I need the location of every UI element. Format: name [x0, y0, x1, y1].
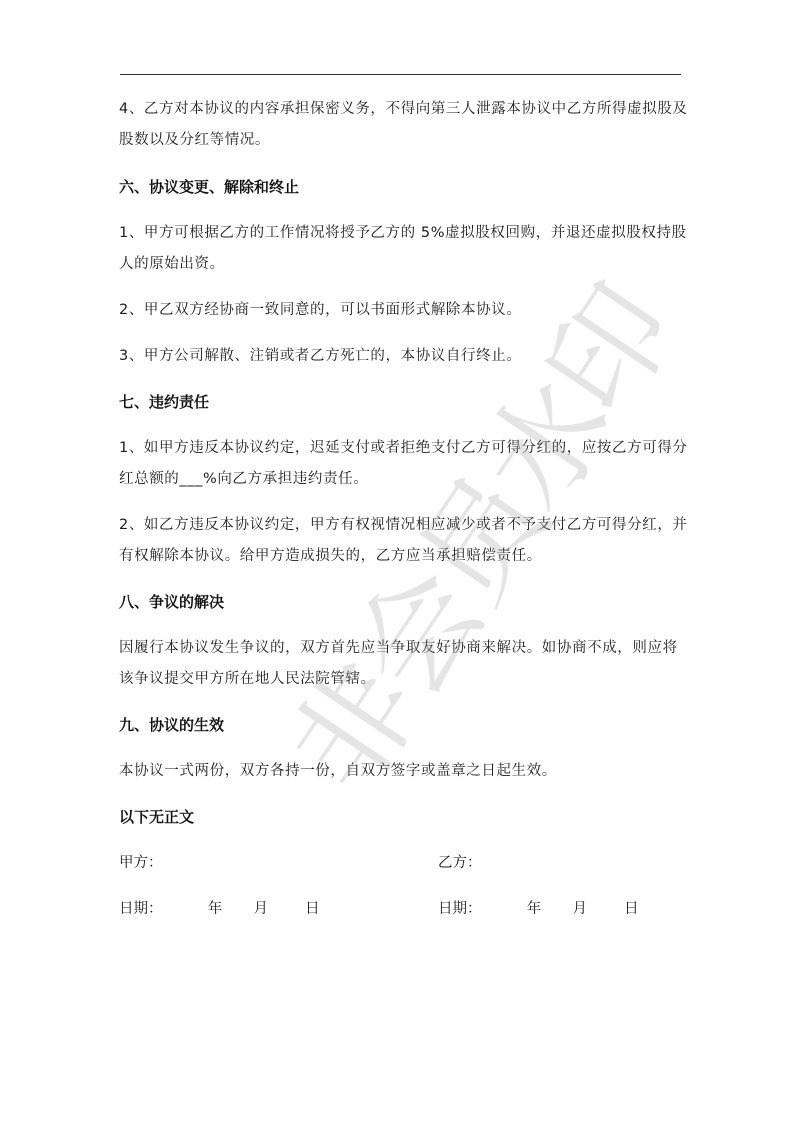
- section-6-item-2: 2、甲乙双方经协商一致同意的，可以书面形式解除本协议。: [119, 295, 689, 326]
- section-9-body: 本协议一式两份，双方各持一份，自双方签字或盖章之日起生效。: [119, 756, 689, 787]
- signature-date-row: 日期： 年 月 日 日期： 年 月 日: [119, 894, 689, 925]
- document-page: 4、乙方对本协议的内容承担保密义务，不得向第三人泄露本协议中乙方所得虚拟股及股数…: [119, 94, 689, 925]
- day-label: 日: [305, 894, 320, 925]
- end-note: 以下无正文: [119, 802, 689, 833]
- month-label: 月: [253, 894, 268, 925]
- day-label: 日: [624, 894, 639, 925]
- section-6-title: 六、协议变更、解除和终止: [119, 172, 689, 203]
- section-9-title: 九、协议的生效: [119, 710, 689, 741]
- header-rule: [120, 74, 681, 75]
- month-label: 月: [572, 894, 587, 925]
- party-a-date: 日期： 年 月 日: [119, 894, 320, 925]
- date-label: 日期：: [438, 894, 482, 925]
- section-7-title: 七、违约责任: [119, 387, 689, 418]
- section-7-item-2: 2、如乙方违反本协议约定，甲方有权视情况相应减少或者不予支付乙方可得分红，并有权…: [119, 510, 689, 572]
- section-6-item-1: 1、甲方可根据乙方的工作情况将授予乙方的 5%虚拟股权回购，并退还虚拟股权持股人…: [119, 218, 689, 280]
- section-6-item-3: 3、甲方公司解散、注销或者乙方死亡的，本协议自行终止。: [119, 341, 689, 372]
- party-b-date: 日期： 年 月 日: [438, 894, 639, 925]
- date-label: 日期：: [119, 894, 163, 925]
- confidentiality-clause: 4、乙方对本协议的内容承担保密义务，不得向第三人泄露本协议中乙方所得虚拟股及股数…: [119, 94, 689, 156]
- year-label: 年: [208, 894, 223, 925]
- party-b-label: 乙方：: [438, 848, 482, 879]
- party-a-label: 甲方：: [119, 848, 163, 879]
- section-7-item-1: 1、如甲方违反本协议约定，迟延支付或者拒绝支付乙方可得分红的，应按乙方可得分红总…: [119, 433, 689, 495]
- section-8-title: 八、争议的解决: [119, 587, 689, 618]
- year-label: 年: [527, 894, 542, 925]
- signature-party-row: 甲方： 乙方：: [119, 848, 689, 879]
- section-8-body: 因履行本协议发生争议的，双方首先应当争取友好协商来解决。如协商不成，则应将该争议…: [119, 633, 689, 695]
